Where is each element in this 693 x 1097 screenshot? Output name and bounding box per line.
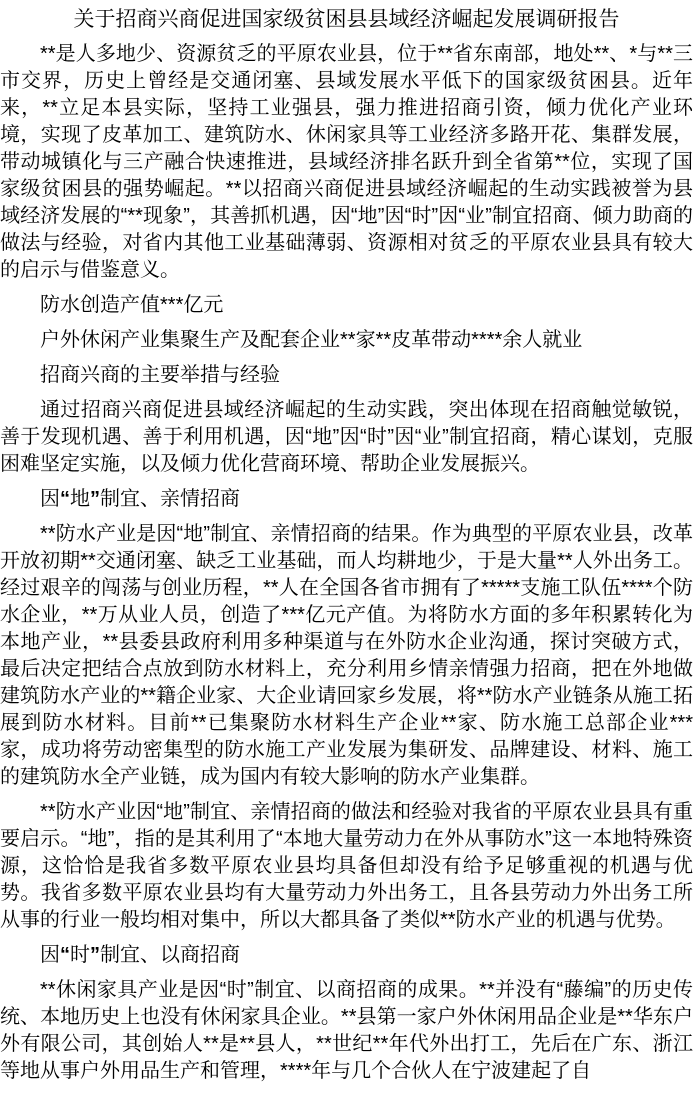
text-run: 通过招商兴商促进县域经济崛起的生动实践，突出体现在招商触觉敏锐，善于发现机遇、善… [0, 399, 693, 475]
paragraph: 防水创造产值***亿元 [0, 292, 693, 319]
text-run: 防水创造产值***亿元 [40, 294, 223, 316]
text-run: 时 [70, 944, 90, 966]
text-run: 招商兴商的主要举措与经验 [40, 364, 280, 386]
paragraph: 招商兴商的主要举措与经验 [0, 362, 693, 389]
paragraph: **是人多地少、资源贫乏的平原农业县，位于**省东南部，地处**、*与**三市交… [0, 41, 693, 284]
section-heading: 因“时”制宜、以商招商 [0, 942, 693, 969]
paragraph: 通过招商兴商促进县域经济崛起的生动实践，突出体现在招商触觉敏锐，善于发现机遇、善… [0, 397, 693, 478]
text-run: 因 [40, 944, 60, 966]
text-run: **是人多地少、资源贫乏的平原农业县，位于**省东南部，地处**、*与**三市交… [0, 43, 693, 281]
text-run: 制宜、以商招商 [100, 944, 240, 966]
text-run: **休闲家具产业是因“时”制宜、以商招商的成果。**并没有“藤编”的历史传统、本… [0, 979, 693, 1082]
document-body: **是人多地少、资源贫乏的平原农业县，位于**省东南部，地处**、*与**三市交… [0, 41, 693, 1085]
text-run: **防水产业是因“地”制宜、亲情招商的结果。作为典型的平原农业县，改革开放初期*… [0, 523, 693, 788]
text-run: ” [90, 488, 100, 510]
text-run: 因 [40, 488, 60, 510]
paragraph: **休闲家具产业是因“时”制宜、以商招商的成果。**并没有“藤编”的历史传统、本… [0, 977, 693, 1085]
text-run: “ [60, 488, 70, 510]
text-run: 户外休闲产业集聚生产及配套企业**家**皮革带动****余人就业 [40, 329, 582, 351]
document-title: 关于招商兴商促进国家级贫困县县域经济崛起发展调研报告 [0, 6, 693, 33]
paragraph: 户外休闲产业集聚生产及配套企业**家**皮革带动****余人就业 [0, 327, 693, 354]
text-run: **防水产业因“地”制宜、亲情招商的做法和经验对我省的平原农业县具有重要启示。“… [0, 801, 693, 931]
document-page: 关于招商兴商促进国家级贫困县县域经济崛起发展调研报告 **是人多地少、资源贫乏的… [0, 0, 693, 1097]
text-run: 制宜、亲情招商 [100, 488, 240, 510]
section-heading: 因“地”制宜、亲情招商 [0, 486, 693, 513]
paragraph: **防水产业是因“地”制宜、亲情招商的结果。作为典型的平原农业县，改革开放初期*… [0, 521, 693, 791]
text-run: “ [60, 944, 70, 966]
text-run: ” [90, 944, 100, 966]
text-run: 地 [70, 488, 90, 510]
paragraph: **防水产业因“地”制宜、亲情招商的做法和经验对我省的平原农业县具有重要启示。“… [0, 799, 693, 934]
